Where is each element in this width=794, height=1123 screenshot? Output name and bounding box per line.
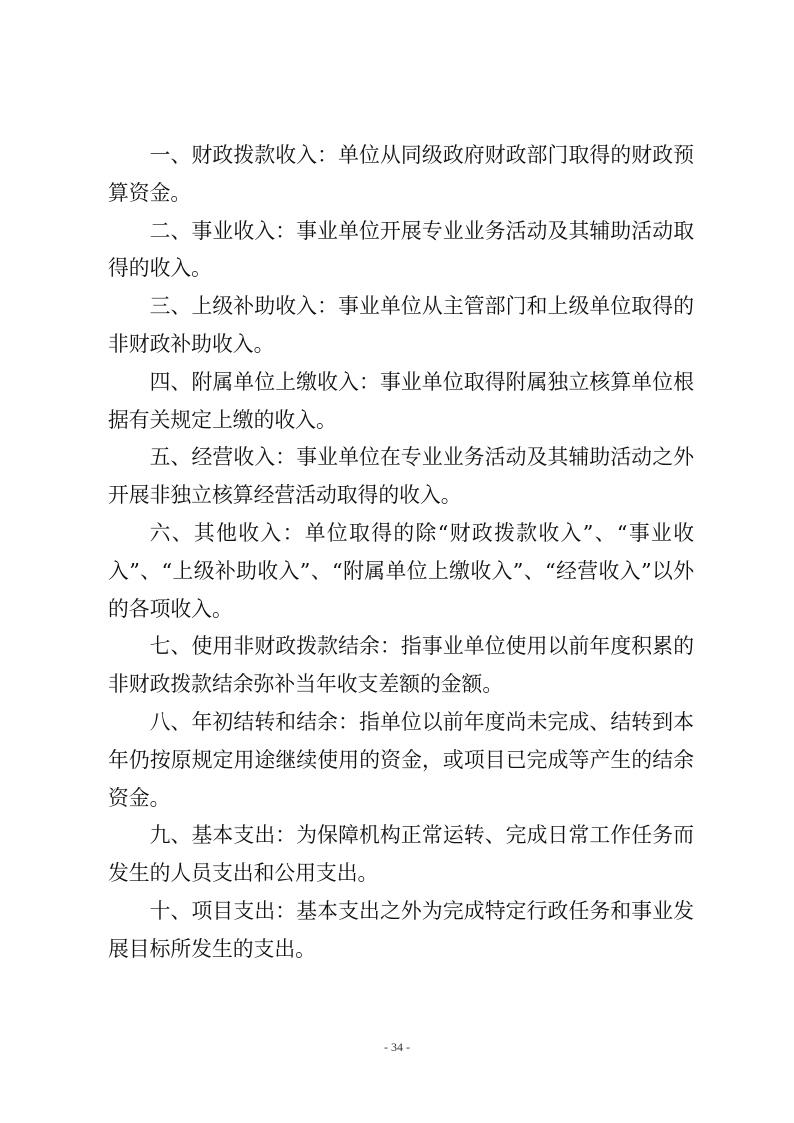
paragraph-operating-income: 五、经营收入：事业单位在专业业务活动及其辅助活动之外开展非独立核算经营活动取得的…: [108, 439, 694, 515]
paragraph-superior-subsidy-income: 三、上级补助收入：事业单位从主管部门和上级单位取得的非财政补助收入。: [108, 288, 694, 364]
paragraph-other-income: 六、其他收入：单位取得的除“财政拨款收入”、“事业收入”、“上级补助收入”、“附…: [108, 515, 694, 628]
paragraph-project-expenditure: 十、项目支出：基本支出之外为完成特定行政任务和事业发展目标所发生的支出。: [108, 893, 694, 969]
document-body: 一、财政拨款收入：单位从同级政府财政部门取得的财政预算资金。 二、事业收入：事业…: [108, 137, 694, 969]
paragraph-beginning-carryover-surplus: 八、年初结转和结余：指单位以前年度尚未完成、结转到本年仍按原规定用途继续使用的资…: [108, 704, 694, 817]
paragraph-non-fiscal-surplus-usage: 七、使用非财政拨款结余：指事业单位使用以前年度积累的非财政拨款结余弥补当年收支差…: [108, 628, 694, 704]
page-number: - 34 -: [0, 1040, 794, 1055]
paragraph-fiscal-appropriation-income: 一、财政拨款收入：单位从同级政府财政部门取得的财政预算资金。: [108, 137, 694, 213]
paragraph-business-income: 二、事业收入：事业单位开展专业业务活动及其辅助活动取得的收入。: [108, 213, 694, 289]
paragraph-affiliated-unit-remittance-income: 四、附属单位上缴收入：事业单位取得附属独立核算单位根据有关规定上缴的收入。: [108, 364, 694, 440]
paragraph-basic-expenditure: 九、基本支出：为保障机构正常运转、完成日常工作任务而发生的人员支出和公用支出。: [108, 817, 694, 893]
